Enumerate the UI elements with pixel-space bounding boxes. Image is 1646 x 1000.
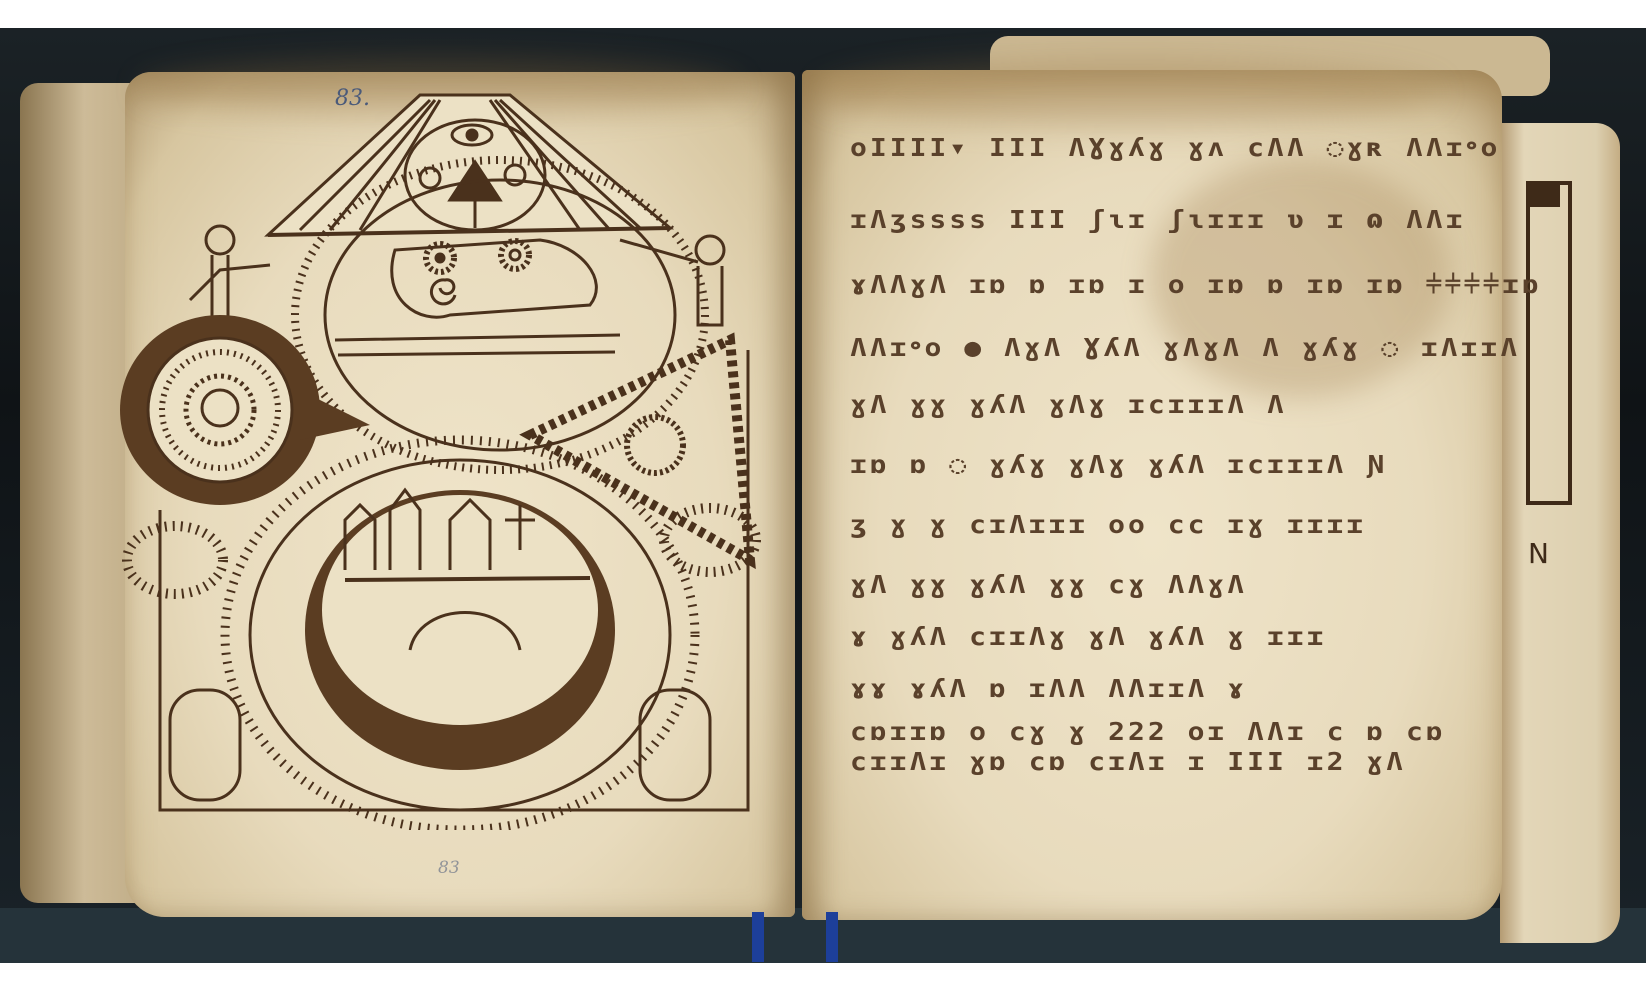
folio-number-bottom: 83 [438, 858, 460, 878]
script-line: ɪɅʒssss III ʃɩɪ ʃɩɪɪɪ ʋ ɪ ɷ ɅɅɪ [850, 205, 1466, 236]
left-sunburst [127, 526, 223, 594]
bookmark-ribbon [752, 912, 764, 962]
script-line: ϲɒɪɪɒ o ϲɣ ɣ 222 oɪ ɅɅɪ ϲ ɒ ϲɒ [850, 717, 1446, 748]
script-line: ɅɅɪ॰o ● ɅɣɅ ƔʎɅ ɣɅɣɅ Ʌ ɣʎɣ ◌ ɪɅɪɪɅ [850, 330, 1520, 361]
script-line: oIIII▾ III ɅƔɣʎɣ ɣʌ ϲɅɅ ◌ɣʀ ɅɅɪ॰o [850, 130, 1500, 161]
script-line: ɤ ɣʎɅ ϲɪɪɅɣ ɣɅ ɣʎɅ ɣ ɪɪɪ [850, 622, 1327, 653]
corner-ornament-left [170, 690, 240, 800]
script-line: ɣɅ ɣɣ ɣʎɅ ɣɅɣ ɪϲɪɪɪɅ Ʌ [850, 390, 1287, 421]
hooded-figure [620, 236, 724, 325]
sun-ornament [627, 417, 683, 473]
script-line: ʒ ɣ ɣ ϲɪɅɪɪɪ oo ϲϲ ɪɣ ɪɪɪɪ [850, 510, 1366, 541]
next-leaf-edge: N [1500, 123, 1620, 943]
bookmark-ribbon [826, 912, 838, 962]
bearded-figure [190, 226, 270, 320]
town-medallion [225, 440, 695, 830]
leaf-edge-drawing: N [1500, 123, 1620, 943]
water-stain [820, 58, 1440, 128]
script-line: ɪɒ ɒ ◌ ɣʎɣ ɣɅɣ ɣʎɅ ɪϲɪɪɪɅ Ɲ [850, 450, 1386, 481]
roof-with-eye [268, 95, 670, 235]
script-line: ϲɪɪɅɪ ɣɒ ϲɒ ϲɪɅɪ ɪ III ɪ2 ɣɅ [850, 747, 1406, 778]
face-medallion [120, 315, 370, 505]
script-line: ɤɅɅɣɅ ɪɒ ɒ ɪɒ ɪ o ɪɒ ɒ ɪɒ ɪɒ ⫩⫩⫩⫩ɪɒ [850, 270, 1542, 301]
manuscript-illustration [120, 90, 780, 830]
script-line: ɤɤ ɤʎɅ ɒ ɪɅɅ ɅɅɪɪɅ ɤ [850, 674, 1247, 705]
script-line: ɣɅ ɣɣ ɣʎɅ ɣɣ ϲɣ ɅɅɣɅ [850, 570, 1247, 601]
svg-text:N: N [1528, 537, 1549, 570]
